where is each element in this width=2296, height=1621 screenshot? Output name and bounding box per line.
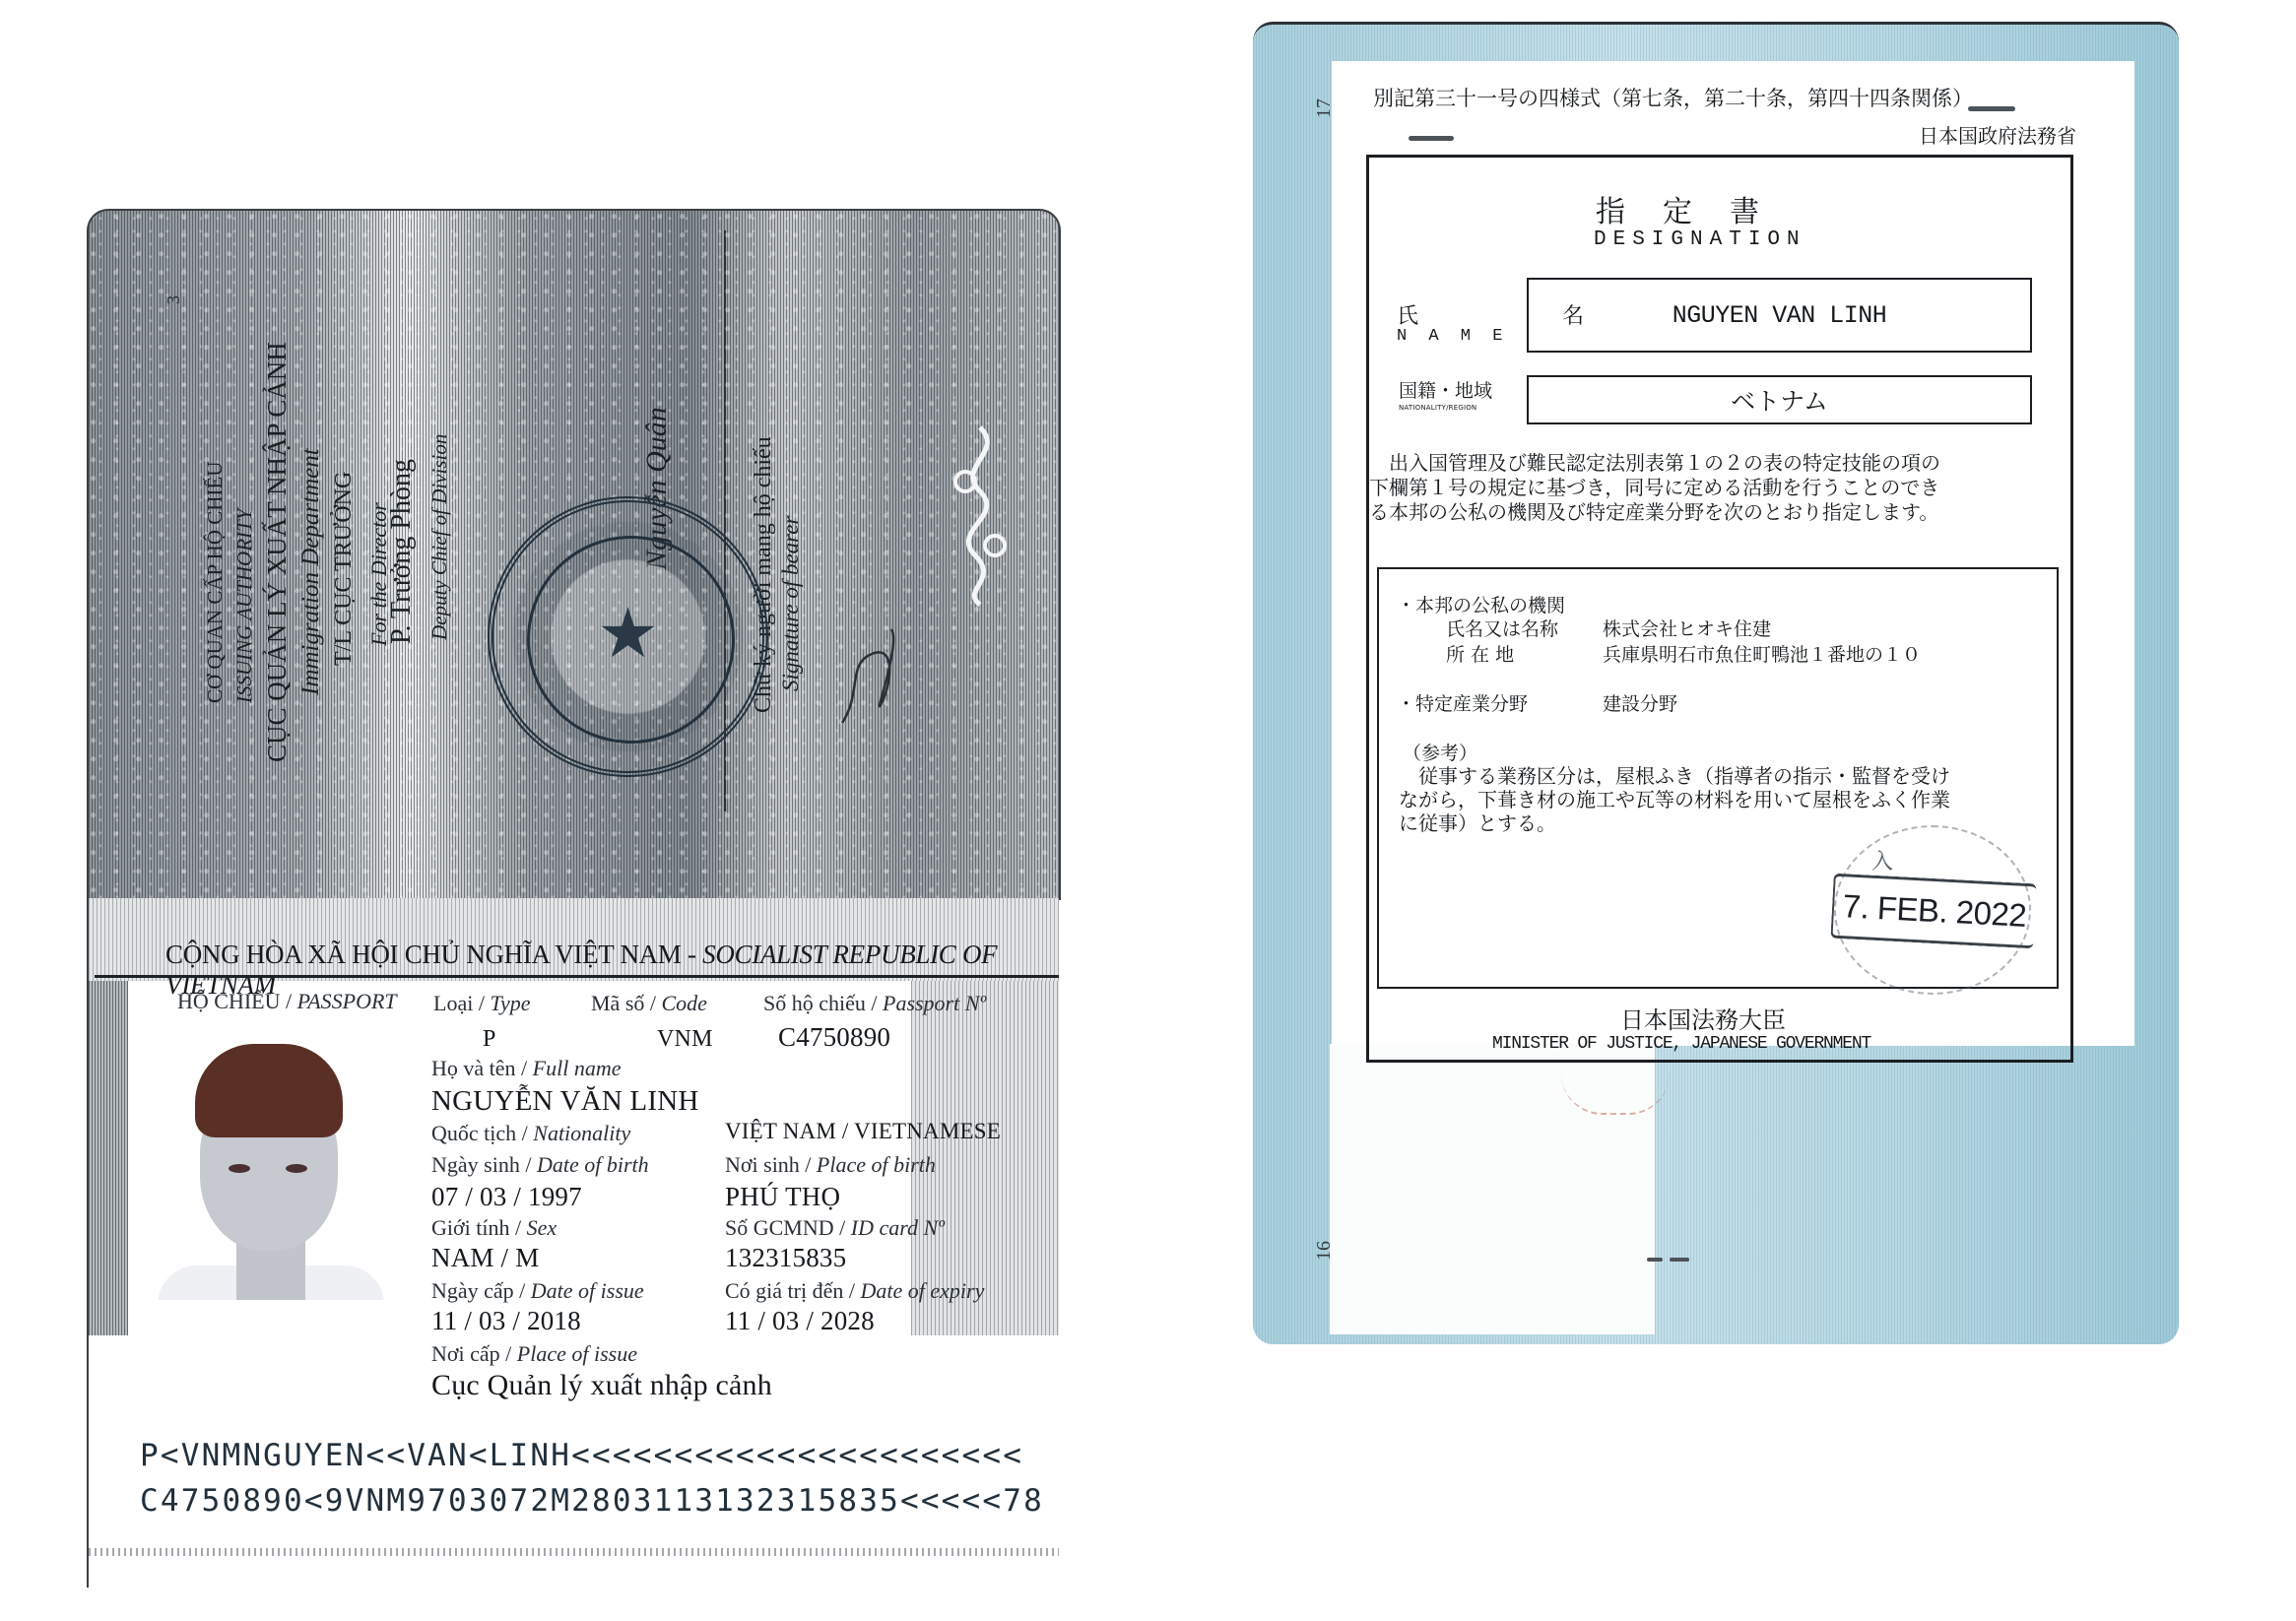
reference-heading: （参考） xyxy=(1403,739,1477,765)
name-value: NGUYEN VAN LINH xyxy=(1673,301,1887,330)
organization-heading: ・本邦の公私の機関 xyxy=(1397,591,1565,617)
mrz-line-2: C4750890<9VNM9703072M2803113132315835<<<… xyxy=(140,1483,1044,1519)
page-number-bottom: 16 xyxy=(1313,1241,1336,1261)
name-field: NGUYEN VAN LINH xyxy=(1527,278,2032,353)
star-emblem-icon: ★ xyxy=(493,593,762,675)
type-label: Loại / Type xyxy=(433,991,531,1016)
industry-field: 建設分野 xyxy=(1603,689,1677,716)
nationality-value: ベトナム xyxy=(1731,382,1828,418)
date-of-birth: 07 / 03 / 1997 xyxy=(431,1182,582,1212)
designation-title-jp: 指 定 書 xyxy=(1596,187,1763,230)
id-card-number: 132315835 xyxy=(725,1243,846,1273)
mrz-line-1: P<VNMNGUYEN<<VAN<LINH<<<<<<<<<<<<<<<<<<<… xyxy=(140,1438,1023,1473)
organization-address: 兵庫県明石市魚住町鴨池１番地の１０ xyxy=(1603,640,1921,667)
page-number-top: 17 xyxy=(1313,98,1336,118)
department-en: Immigration Department xyxy=(297,448,325,695)
official-seal: ★ xyxy=(488,496,768,777)
passport-page-number: 3 xyxy=(164,295,184,304)
passport-data-page: CỘNG HÒA XÃ HỘI CHỦ NGHĨA VIỆT NAM - SOC… xyxy=(87,898,1059,1588)
place-of-issue-label: Nơi cấp / Place of issue xyxy=(431,1341,637,1367)
place-of-issue: Cục Quản lý xuất nhập cảnh xyxy=(431,1369,772,1402)
reference-text: 従事する業務区分は，屋根ふき（指導者の指示・監督を受け ながら，下葺き材の施工や… xyxy=(1399,764,1950,835)
bearer-signature-icon xyxy=(832,624,911,733)
ornament-icon xyxy=(936,422,1024,610)
nationality-field: ベトナム xyxy=(1527,375,2032,424)
signatory-vi: T/L CỤC TRƯỞNG xyxy=(331,472,358,666)
id-card-label: Số GCMND / ID card Nº xyxy=(725,1215,945,1241)
nationality: VIỆT NAM / VIETNAMESE xyxy=(725,1119,1001,1144)
organization-name-label: 氏名又は名称 xyxy=(1446,615,1558,641)
nationality-label: Quốc tịch / Nationality xyxy=(431,1121,630,1146)
redaction-mark xyxy=(1968,106,2015,111)
issuing-authority-en: ISSUING AUTHORITY xyxy=(232,509,257,703)
date-stamp: 入 7. FEB. 2022 xyxy=(1834,825,2031,995)
date-of-expiry: 11 / 03 / 2028 xyxy=(725,1306,875,1336)
full-name: NGUYỄN VĂN LINH xyxy=(431,1085,699,1118)
name-label-en: N A M E xyxy=(1397,327,1508,346)
date-of-expiry-label: Có giá trị đến / Date of expiry xyxy=(725,1278,984,1304)
redaction-mark xyxy=(1409,136,1454,141)
date-of-birth-label: Ngày sinh / Date of birth xyxy=(431,1152,649,1178)
organization-address-label: 所 在 地 xyxy=(1446,640,1514,667)
organization-name: 株式会社ヒオキ住建 xyxy=(1603,615,1771,641)
bearer-signature-label-en: Signature of bearer xyxy=(778,516,804,691)
deputy-en: Deputy Chief of Division xyxy=(427,434,452,640)
sex-label: Giới tính / Sex xyxy=(431,1215,557,1241)
passport-number: C4750890 xyxy=(778,1022,890,1053)
passport-number-label: Số hộ chiếu / Passport Nº xyxy=(763,991,986,1016)
full-name-label: Họ và tên / Full name xyxy=(431,1056,621,1081)
department-vi: CỤC QUẢN LÝ XUẤT NHẬP CẢNH xyxy=(262,342,293,762)
industry-heading: ・特定産業分野 xyxy=(1397,689,1528,716)
code-label: Mã số / Code xyxy=(591,991,707,1016)
issuing-ministry: 日本国政府法務省 xyxy=(1919,120,2076,149)
document-type-heading: HỘ CHIẾU / PASSPORT xyxy=(177,989,397,1014)
country-code: VNM xyxy=(657,1026,713,1053)
preamble-text: 出入国管理及び難民認定法別表第１の２の表の特定技能の項の 下欄第１号の規定に基づ… xyxy=(1369,451,1940,525)
sex: NAM / M xyxy=(431,1243,539,1273)
designation-title-en: DESIGNATION xyxy=(1594,228,1806,251)
issuer-en: MINISTER OF JUSTICE, JAPANESE GOVERNMENT xyxy=(1492,1034,1870,1054)
date-of-issue: 11 / 03 / 2018 xyxy=(431,1306,581,1336)
passport-type: P xyxy=(483,1026,496,1053)
nationality-label-en: NATIONALITY/REGION xyxy=(1399,404,1476,412)
form-reference: 別記第三十一号の四様式（第七条，第二十条，第四十四条関係） xyxy=(1373,83,1973,112)
issuing-authority-vi: CƠ QUAN CẤP HỘ CHIẾU xyxy=(203,462,228,703)
stamp-date: 7. FEB. 2022 xyxy=(1830,874,2036,949)
vietnam-passport-scan: 3 CƠ QUAN CẤP HỘ CHIẾU ISSUING AUTHORITY… xyxy=(87,209,1057,1588)
holder-photo xyxy=(138,1014,394,1300)
deputy-vi: P. Trưởng Phòng xyxy=(386,459,418,644)
place-of-birth: PHÚ THỌ xyxy=(725,1182,840,1212)
passport-bottom-edge xyxy=(89,1548,1059,1556)
nationality-label-jp: 国籍・地域 xyxy=(1399,376,1492,403)
place-of-birth-label: Nơi sinh / Place of birth xyxy=(725,1152,936,1178)
issuer-jp: 日本国法務大臣 xyxy=(1620,1001,1786,1035)
passport-authority-page: 3 CƠ QUAN CẤP HỘ CHIẾU ISSUING AUTHORITY… xyxy=(87,209,1061,900)
heading-rule xyxy=(95,975,1059,978)
date-of-issue-label: Ngày cấp / Date of issue xyxy=(431,1278,644,1304)
